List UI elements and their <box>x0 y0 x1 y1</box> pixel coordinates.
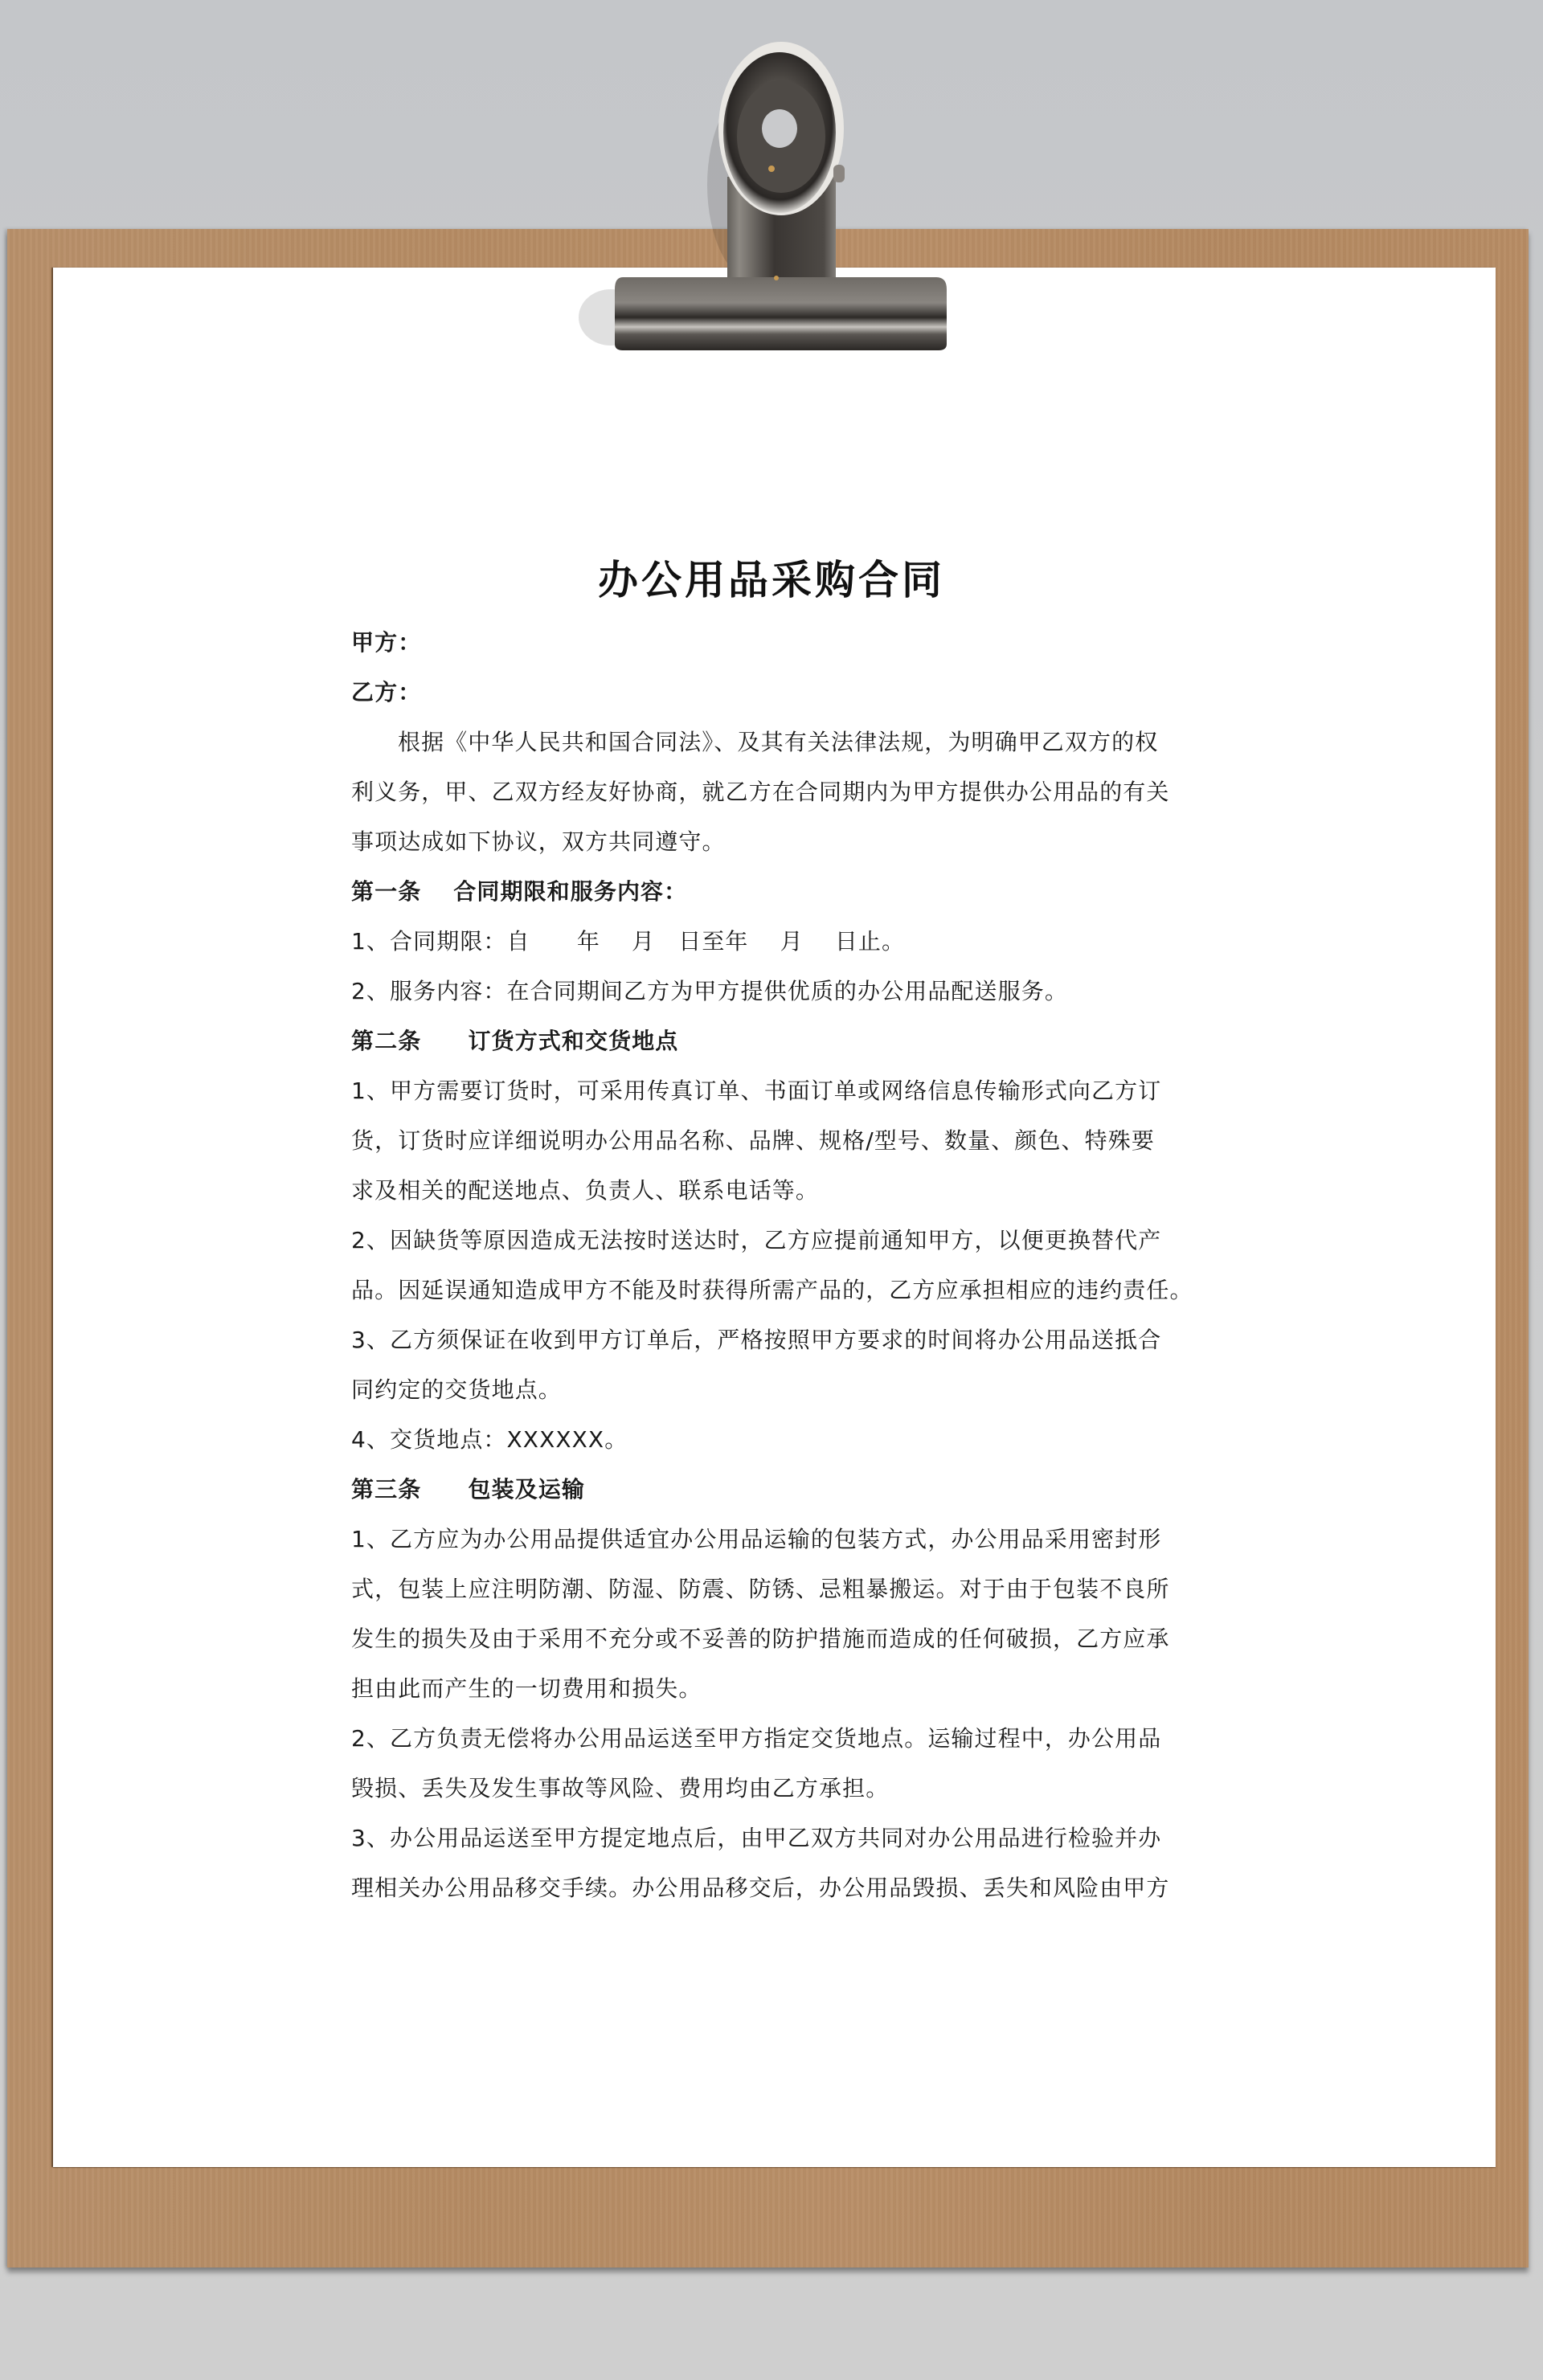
article-2: 第二条 订货方式和交货地点 1、甲方需要订货时，可采用传真订单、书面订单或网络信… <box>351 1016 1203 1465</box>
article-line: 1、合同期限：自 年 月 日至年 月 日止。 <box>351 917 1203 967</box>
article-heading: 第二条 订货方式和交货地点 <box>351 1016 1203 1066</box>
article-line: 2、服务内容：在合同期间乙方为甲方提供优质的办公用品配送服务。 <box>351 967 1203 1016</box>
article-3: 第三条 包装及运输 1、乙方应为办公用品提供适宜办公用品运输的包装方式，办公用品… <box>351 1465 1203 1913</box>
article-line: 发生的损失及由于采用不充分或不妥善的防护措施而造成的任何破损，乙方应承 <box>351 1614 1203 1664</box>
document-title: 办公用品采购合同 <box>0 554 1543 606</box>
party-a-label: 甲方： <box>351 618 1203 668</box>
article-line: 式，包装上应注明防潮、防湿、防震、防锈、忌粗暴搬运。对于由于包装不良所 <box>351 1564 1203 1614</box>
contract-body: 甲方： 乙方： 根据《中华人民共和国合同法》、及其有关法律法规，为明确甲乙双方的… <box>351 618 1203 1913</box>
article-line: 3、乙方须保证在收到甲方订单后，严格按照甲方要求的时间将办公用品送抵合 <box>351 1315 1203 1365</box>
article-line: 1、乙方应为办公用品提供适宜办公用品运输的包装方式，办公用品采用密封形 <box>351 1515 1203 1564</box>
article-1: 第一条 合同期限和服务内容： 1、合同期限：自 年 月 日至年 月 日止。 2、… <box>351 867 1203 1016</box>
article-line: 货，订货时应详细说明办公用品名称、品牌、规格/型号、数量、颜色、特殊要 <box>351 1116 1203 1166</box>
article-line: 毁损、丢失及发生事故等风险、费用均由乙方承担。 <box>351 1764 1203 1814</box>
article-line: 求及相关的配送地点、负责人、联系电话等。 <box>351 1166 1203 1216</box>
preamble-line: 利义务，甲、乙双方经友好协商，就乙方在合同期内为甲方提供办公用品的有关 <box>351 767 1203 817</box>
article-line: 4、交货地点：XXXXXX。 <box>351 1415 1203 1465</box>
article-line: 理相关办公用品移交手续。办公用品移交后，办公用品毁损、丢失和风险由甲方 <box>351 1863 1203 1913</box>
article-line: 3、办公用品运送至甲方提定地点后，由甲乙双方共同对办公用品进行检验并办 <box>351 1814 1203 1863</box>
party-b-label: 乙方： <box>351 668 1203 718</box>
article-line: 2、因缺货等原因造成无法按时送达时，乙方应提前通知甲方，以便更换替代产 <box>351 1216 1203 1266</box>
article-heading: 第三条 包装及运输 <box>351 1465 1203 1515</box>
article-line: 1、甲方需要订货时，可采用传真订单、书面订单或网络信息传输形式向乙方订 <box>351 1066 1203 1116</box>
article-line: 品。因延误通知造成甲方不能及时获得所需产品的，乙方应承担相应的违约责任。 <box>351 1266 1203 1315</box>
article-line: 2、乙方负责无偿将办公用品运送至甲方指定交货地点。运输过程中，办公用品 <box>351 1714 1203 1764</box>
article-line: 担由此而产生的一切费用和损失。 <box>351 1664 1203 1714</box>
preamble-line: 事项达成如下协议，双方共同遵守。 <box>351 817 1203 867</box>
article-line: 同约定的交货地点。 <box>351 1365 1203 1415</box>
preamble-line: 根据《中华人民共和国合同法》、及其有关法律法规，为明确甲乙双方的权 <box>351 718 1203 767</box>
preamble: 根据《中华人民共和国合同法》、及其有关法律法规，为明确甲乙双方的权 利义务，甲、… <box>351 718 1203 867</box>
article-heading: 第一条 合同期限和服务内容： <box>351 867 1203 917</box>
